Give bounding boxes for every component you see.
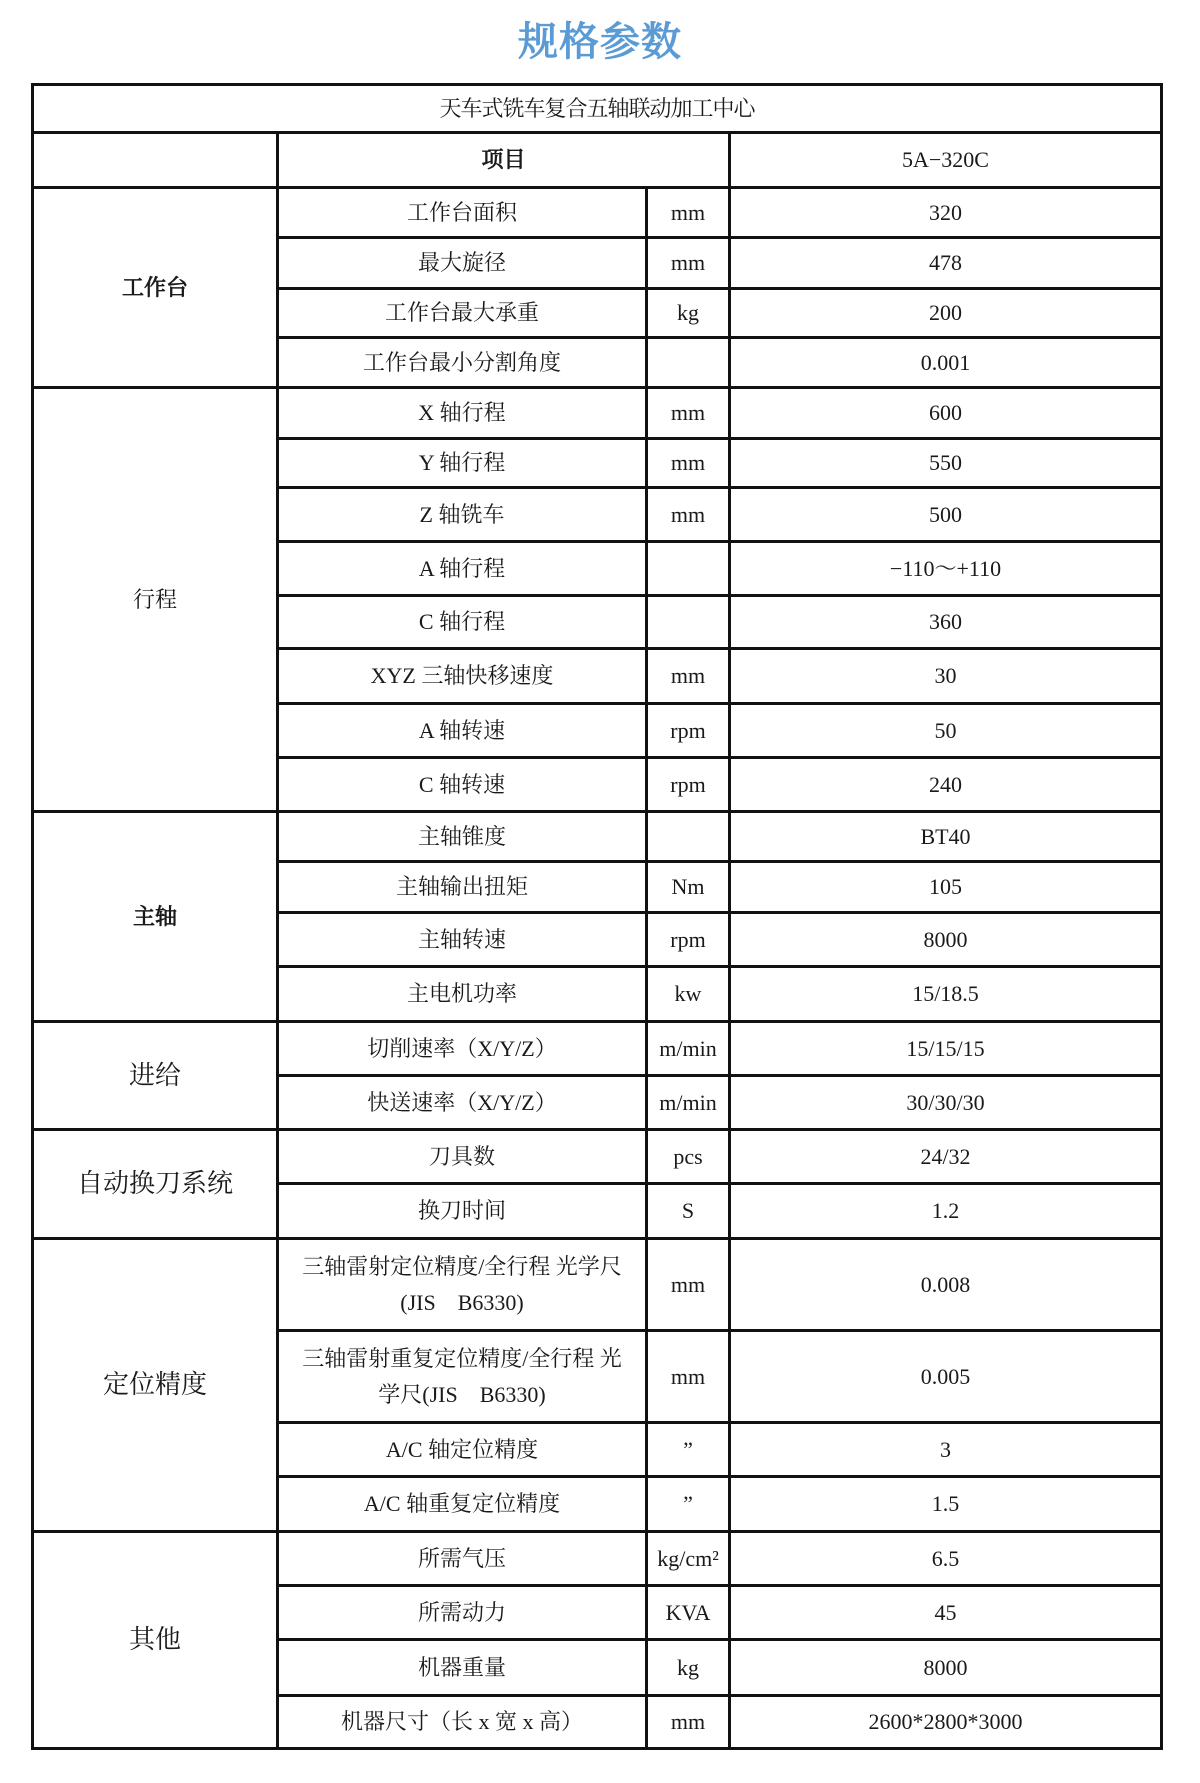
unit: rpm (647, 758, 730, 812)
unit: mm (647, 188, 730, 238)
section-label-travel: 行程 (33, 388, 278, 812)
value: 0.005 (730, 1331, 1162, 1423)
unit: kg (647, 289, 730, 338)
item-name: 所需动力 (278, 1586, 647, 1640)
unit: KVA (647, 1586, 730, 1640)
section-label-feed: 进给 (33, 1022, 278, 1130)
item-name: 三轴雷射重复定位精度/全行程 光 学尺(JIS B6330) (278, 1331, 647, 1423)
value: 2600*2800*3000 (730, 1696, 1162, 1749)
section-label-positioning-accuracy: 定位精度 (33, 1239, 278, 1532)
section-label-spindle: 主轴 (33, 812, 278, 1022)
value: 478 (730, 238, 1162, 289)
value: 8000 (730, 1640, 1162, 1696)
item-name: 主轴转速 (278, 913, 647, 967)
value: BT40 (730, 812, 1162, 862)
value: 200 (730, 289, 1162, 338)
item-name: 工作台最大承重 (278, 289, 647, 338)
item-name: 主电机功率 (278, 967, 647, 1022)
product-name-row: 天车式铣车复合五轴联动加工中心 (33, 85, 1162, 133)
unit (647, 812, 730, 862)
unit (647, 338, 730, 388)
unit: m/min (647, 1076, 730, 1130)
unit: kg/cm² (647, 1532, 730, 1586)
item-name: Y 轴行程 (278, 439, 647, 488)
unit: kg (647, 1640, 730, 1696)
table-row: 主轴 主轴锥度 BT40 (33, 812, 1162, 862)
value: 360 (730, 596, 1162, 649)
item-name: 快送速率（X/Y/Z） (278, 1076, 647, 1130)
item-name: C 轴行程 (278, 596, 647, 649)
column-header-model: 5A−320C (730, 133, 1162, 188)
unit: mm (647, 649, 730, 704)
item-name: 所需气压 (278, 1532, 647, 1586)
unit: kw (647, 967, 730, 1022)
table-row: 定位精度 三轴雷射定位精度/全行程 光学尺 (JIS B6330) mm 0.0… (33, 1239, 1162, 1331)
item-name: 机器尺寸（长 x 宽 x 高） (278, 1696, 647, 1749)
item-name: 主轴锥度 (278, 812, 647, 862)
unit: rpm (647, 913, 730, 967)
page-title: 规格参数 (0, 16, 1200, 68)
value: −110～+110 (730, 542, 1162, 596)
value: 15/18.5 (730, 967, 1162, 1022)
item-name: XYZ 三轴快移速度 (278, 649, 647, 704)
item-name: 最大旋径 (278, 238, 647, 289)
table-row: 进给 切削速率（X/Y/Z） m/min 15/15/15 (33, 1022, 1162, 1076)
value: 45 (730, 1586, 1162, 1640)
unit: mm (647, 388, 730, 439)
item-name: 主轴输出扭矩 (278, 862, 647, 913)
unit: rpm (647, 704, 730, 758)
unit: ” (647, 1477, 730, 1532)
table-row: 其他 所需气压 kg/cm² 6.5 (33, 1532, 1162, 1586)
unit: pcs (647, 1130, 730, 1184)
value: 1.2 (730, 1184, 1162, 1239)
item-name: C 轴转速 (278, 758, 647, 812)
unit: ” (647, 1423, 730, 1477)
unit: m/min (647, 1022, 730, 1076)
item-name: A/C 轴重复定位精度 (278, 1477, 647, 1532)
item-name: 工作台面积 (278, 188, 647, 238)
spec-table: 天车式铣车复合五轴联动加工中心 项目 5A−320C 工作台 工作台面积 mm … (31, 83, 1163, 1750)
item-name: A 轴转速 (278, 704, 647, 758)
item-name: X 轴行程 (278, 388, 647, 439)
value: 600 (730, 388, 1162, 439)
unit: mm (647, 1239, 730, 1331)
unit: mm (647, 488, 730, 542)
value: 50 (730, 704, 1162, 758)
value: 30 (730, 649, 1162, 704)
unit (647, 596, 730, 649)
item-name: A/C 轴定位精度 (278, 1423, 647, 1477)
unit: mm (647, 1696, 730, 1749)
product-name: 天车式铣车复合五轴联动加工中心 (33, 85, 1162, 133)
value: 8000 (730, 913, 1162, 967)
value: 0.008 (730, 1239, 1162, 1331)
value: 550 (730, 439, 1162, 488)
value: 0.001 (730, 338, 1162, 388)
unit: mm (647, 439, 730, 488)
table-row: 行程 X 轴行程 mm 600 (33, 388, 1162, 439)
section-label-worktable: 工作台 (33, 188, 278, 388)
value: 240 (730, 758, 1162, 812)
section-label-atc: 自动换刀系统 (33, 1130, 278, 1239)
value: 30/30/30 (730, 1076, 1162, 1130)
table-row: 自动换刀系统 刀具数 pcs 24/32 (33, 1130, 1162, 1184)
column-header-item: 项目 (278, 133, 730, 188)
item-name: 切削速率（X/Y/Z） (278, 1022, 647, 1076)
item-name: Z 轴铣车 (278, 488, 647, 542)
value: 24/32 (730, 1130, 1162, 1184)
column-header-row: 项目 5A−320C (33, 133, 1162, 188)
item-name: 工作台最小分割角度 (278, 338, 647, 388)
item-name: A 轴行程 (278, 542, 647, 596)
value: 6.5 (730, 1532, 1162, 1586)
unit: mm (647, 1331, 730, 1423)
value: 320 (730, 188, 1162, 238)
value: 1.5 (730, 1477, 1162, 1532)
value: 3 (730, 1423, 1162, 1477)
value: 15/15/15 (730, 1022, 1162, 1076)
table-row: 工作台 工作台面积 mm 320 (33, 188, 1162, 238)
item-name: 机器重量 (278, 1640, 647, 1696)
unit: S (647, 1184, 730, 1239)
item-name: 三轴雷射定位精度/全行程 光学尺 (JIS B6330) (278, 1239, 647, 1331)
unit (647, 542, 730, 596)
value: 500 (730, 488, 1162, 542)
item-name: 换刀时间 (278, 1184, 647, 1239)
value: 105 (730, 862, 1162, 913)
column-header-category (33, 133, 278, 188)
unit: mm (647, 238, 730, 289)
unit: Nm (647, 862, 730, 913)
item-name: 刀具数 (278, 1130, 647, 1184)
section-label-other: 其他 (33, 1532, 278, 1749)
